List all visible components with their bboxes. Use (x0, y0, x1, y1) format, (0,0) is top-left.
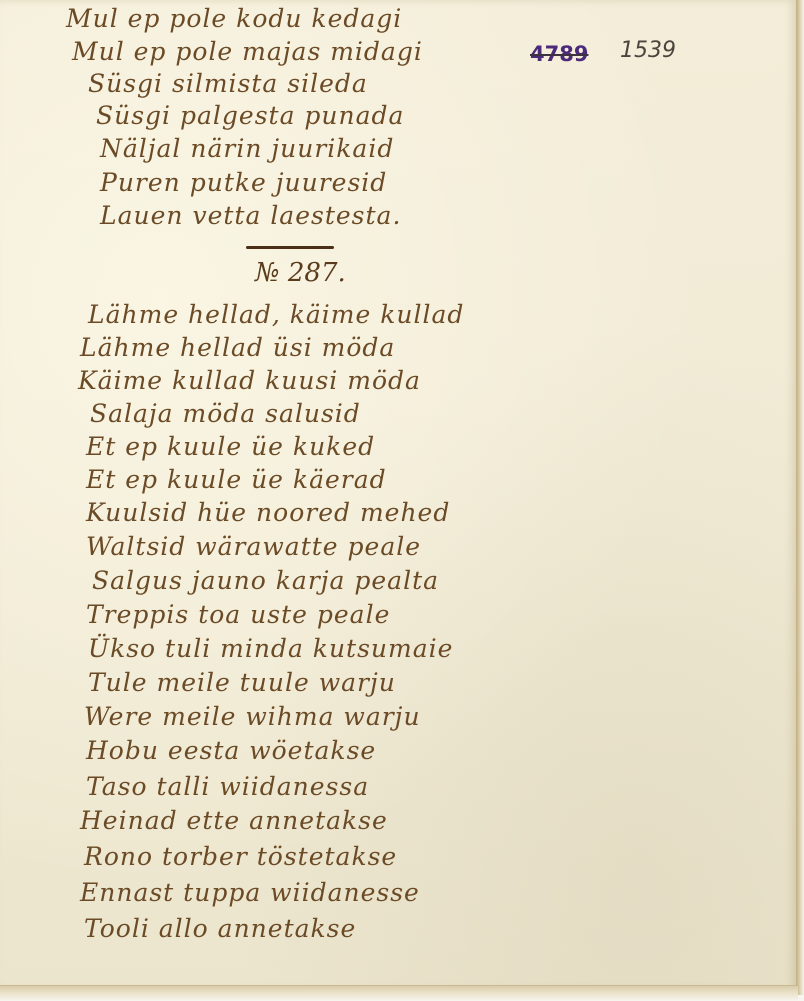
page-edge-right (796, 0, 804, 995)
poem-line: Salaja möda salusid (90, 399, 361, 428)
poem-line: Mul ep pole majas midagi (72, 37, 423, 66)
page-edge-bottom (0, 985, 798, 1000)
page-number: 1539 (620, 38, 676, 63)
poem-line: Et ep kuule üe käerad (86, 465, 387, 494)
poem-line: Lauen vetta laestesta. (100, 201, 401, 230)
poem-line: Hobu eesta wöetakse (86, 736, 376, 765)
poem-line: Süsgi silmista sileda (88, 69, 368, 98)
poem-line: Puren putke juuresid (100, 168, 387, 197)
poem-line: Lähme hellad, käime kullad (88, 300, 464, 329)
poem-line: Tule meile tuule warju (88, 668, 396, 697)
poem-line: Ennast tuppa wiidanesse (80, 878, 420, 907)
poem-line: Waltsid wärawatte peale (86, 532, 421, 561)
archive-number-struck: 4789 (530, 42, 588, 66)
poem-line: Treppis toa uste peale (86, 600, 390, 629)
poem-line: Mul ep pole kodu kedagi (66, 4, 402, 33)
poem-line: Käime kullad kuusi möda (78, 366, 421, 395)
poem-heading: № 287. (255, 258, 346, 288)
poem-line: Et ep kuule üe kuked (86, 432, 375, 461)
poem-line: Rono torber töstetakse (84, 842, 397, 871)
poem-line: Salgus jauno karja pealta (92, 566, 439, 595)
poem-line: Heinad ette annetakse (80, 806, 388, 835)
manuscript-page: 4789 1539 Mul ep pole kodu kedagi Mul ep… (0, 0, 801, 990)
poem-line: Ükso tuli minda kutsumaie (88, 634, 453, 663)
poem-line: Were meile wihma warju (84, 702, 421, 731)
poem-line: Taso talli wiidanessa (86, 772, 369, 801)
poem-line: Kuulsid hüe noored mehed (86, 498, 450, 527)
poem-line: Süsgi palgesta punada (96, 101, 404, 130)
poem-line: Lähme hellad üsi möda (80, 333, 395, 362)
poem-line: Tooli allo annetakse (84, 914, 356, 943)
poem-line: Näljal närin juurikaid (100, 134, 394, 163)
section-divider (246, 246, 334, 249)
